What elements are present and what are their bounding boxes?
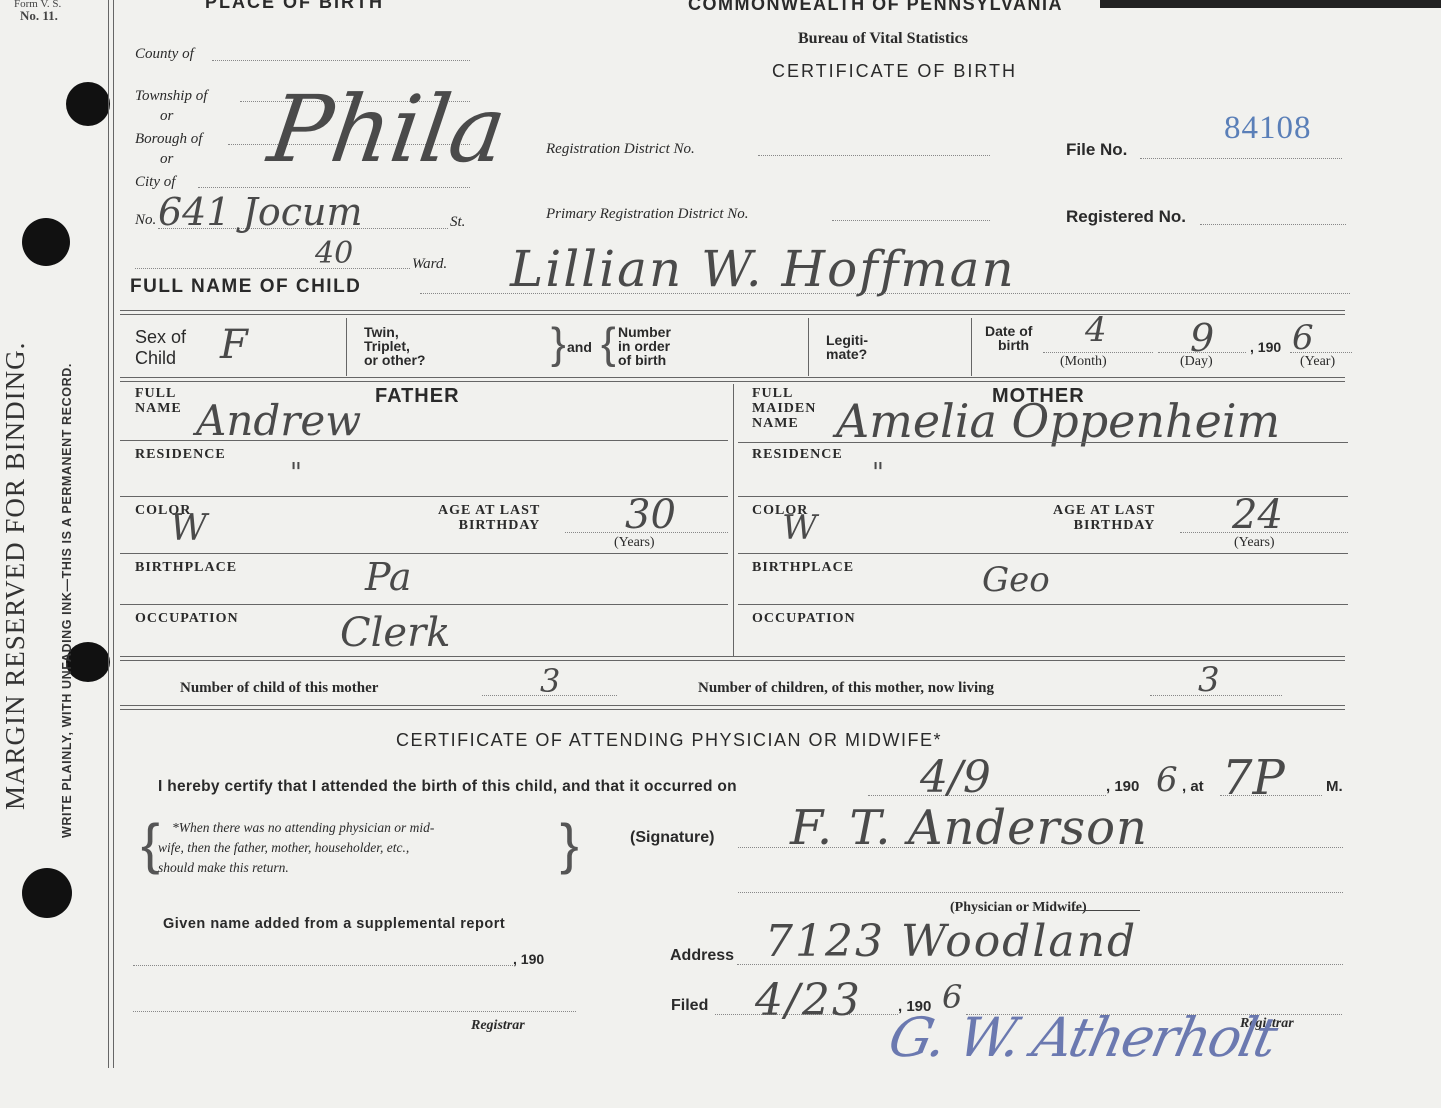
mother-occupation-label: OCCUPATION <box>752 611 856 627</box>
binding-hole <box>66 82 110 126</box>
twin-label: Twin, Triplet, or other? <box>364 325 425 367</box>
father-age-value: 30 <box>625 492 676 538</box>
child-number-label: Number of child of this mother <box>180 680 378 697</box>
mother-name-label: FULL MAIDEN NAME <box>752 386 816 431</box>
ward-field[interactable] <box>135 268 410 269</box>
legitimate-label-line: Legiti- <box>826 333 868 347</box>
signature-value: F. T. Anderson <box>790 800 1148 856</box>
supplemental-registrar-caption: Registrar <box>471 1018 525 1034</box>
mother-birthplace-label: BIRTHPLACE <box>752 560 854 576</box>
address-value: 7123 Woodland <box>765 916 1137 967</box>
cell-divider <box>808 318 809 376</box>
father-age-label-line: AGE AT LAST <box>438 503 540 518</box>
row-rule <box>120 553 728 554</box>
full-name-value: Lillian W. Hoffman <box>510 240 1016 298</box>
file-no-field[interactable] <box>1140 158 1342 159</box>
registration-district-field[interactable] <box>758 155 990 156</box>
role-caption-text: (Physician or Midwife) <box>950 900 1087 915</box>
birth-date-value: 4/9 <box>920 752 991 803</box>
twin-label-line: Triplet, <box>364 339 425 353</box>
birth-order-label: Number in order of birth <box>618 325 671 367</box>
dob-month-value: 4 <box>1085 310 1107 350</box>
father-years-caption: (Years) <box>614 535 655 551</box>
full-name-label: FULL NAME OF CHILD <box>130 276 361 298</box>
dob-label-line: Date of <box>985 324 1032 338</box>
father-heading: FATHER <box>375 385 460 408</box>
legitimate-label: Legiti- mate? <box>826 333 868 361</box>
borough-label: Borough of <box>135 131 202 148</box>
brace-left-icon: { <box>141 814 160 874</box>
form-number: No. 11. <box>20 8 58 24</box>
dob-year-prefix: , 190 <box>1250 340 1281 354</box>
supplemental-year-prefix: , 190 <box>513 951 544 967</box>
registration-district-label: Registration District No. <box>546 141 695 158</box>
parents-divider <box>733 384 734 656</box>
role-caption: (Physician or Midwife) <box>950 900 1087 916</box>
footnote-line: *When there was no attending physician o… <box>158 818 434 838</box>
brace-left-icon: { <box>601 322 616 366</box>
brace-right-icon: } <box>551 322 566 366</box>
cell-divider <box>346 318 347 376</box>
birth-order-line: Number <box>618 325 671 339</box>
mother-name-label-line: FULL <box>752 386 816 401</box>
file-no-value: 84108 <box>1224 110 1312 147</box>
birth-order-line: in order <box>618 339 671 353</box>
signature-label: (Signature) <box>630 829 714 847</box>
or-label: or <box>160 151 173 168</box>
margin-rule <box>113 0 114 1068</box>
mother-name-value: Amelia Oppenheim <box>836 394 1280 448</box>
file-no-label: File No. <box>1066 140 1127 160</box>
father-name-label-line: NAME <box>135 401 182 416</box>
twin-label-line: or other? <box>364 353 425 367</box>
row-rule <box>738 553 1348 554</box>
mother-name-label-line: NAME <box>752 416 816 431</box>
footnote-line: wife, then the father, mother, household… <box>158 838 434 858</box>
cert-year-value: 6 <box>1156 760 1178 800</box>
physician-footnote: *When there was no attending physician o… <box>158 818 434 878</box>
year-caption: (Year) <box>1300 354 1335 370</box>
mother-years-caption: (Years) <box>1234 535 1275 551</box>
midwife-strikethrough <box>1074 910 1140 911</box>
children-living-value: 3 <box>1198 660 1220 700</box>
mother-color-value: W <box>782 508 817 548</box>
mother-residence-label: RESIDENCE <box>752 447 843 463</box>
binding-hole <box>22 868 72 918</box>
meridiem-label: M. <box>1326 778 1343 795</box>
father-name-label: FULL NAME <box>135 386 182 416</box>
legitimate-label-line: mate? <box>826 347 868 361</box>
dob-year-prefix-text: 190 <box>1258 339 1281 355</box>
county-field[interactable] <box>212 60 470 61</box>
supplemental-registrar-field[interactable] <box>133 1011 576 1012</box>
ward-value: 40 <box>315 236 353 271</box>
dob-month-field[interactable] <box>1043 352 1153 353</box>
father-residence-value: " <box>290 458 302 488</box>
section-rule <box>120 310 1345 315</box>
row-rule <box>120 440 728 441</box>
father-residence-label: RESIDENCE <box>135 447 226 463</box>
father-name-label-line: FULL <box>135 386 182 401</box>
section-rule <box>120 377 1345 382</box>
footnote-line: should make this return. <box>158 858 434 878</box>
margin-rule <box>108 0 109 1068</box>
section-rule <box>120 656 1345 661</box>
children-living-label: Number of children, of this mother, now … <box>698 680 994 697</box>
scan-top-edge <box>1100 0 1441 8</box>
mother-age-label-line: BIRTHDAY <box>1053 518 1155 533</box>
bureau-heading: Bureau of Vital Statistics <box>798 30 968 48</box>
registered-no-label: Registered No. <box>1066 207 1186 227</box>
city-label: City of <box>135 174 175 191</box>
physician-heading: CERTIFICATE OF ATTENDING PHYSICIAN OR MI… <box>396 730 942 751</box>
mother-residence-value: " <box>872 458 884 488</box>
sex-label: Sex of Child <box>135 327 186 369</box>
primary-district-label: Primary Registration District No. <box>546 206 749 223</box>
margin-binding-text: MARGIN RESERVED FOR BINDING. <box>0 250 31 810</box>
father-color-value: W <box>170 508 207 549</box>
row-rule <box>120 604 728 605</box>
birth-order-line: of birth <box>618 353 671 367</box>
mother-name-label-line: MAIDEN <box>752 401 816 416</box>
and-label: and <box>567 340 592 354</box>
address-label: Address <box>670 947 734 965</box>
filed-label: Filed <box>671 997 708 1015</box>
mother-birthplace-value: Geo <box>982 560 1050 600</box>
st-label: St. <box>450 214 465 231</box>
certificate-title: CERTIFICATE OF BIRTH <box>772 61 1017 82</box>
street-value: 641 Jocum <box>158 190 363 234</box>
father-age-label-line: BIRTHDAY <box>438 518 540 533</box>
filed-date-value: 4/23 <box>755 975 862 1026</box>
sex-value: F <box>220 322 248 368</box>
city-value: Phila <box>263 80 512 180</box>
day-caption: (Day) <box>1180 354 1213 370</box>
father-occupation-label: OCCUPATION <box>135 611 239 627</box>
mother-age-label-line: AGE AT LAST <box>1053 503 1155 518</box>
supplemental-label: Given name added from a supplemental rep… <box>163 916 505 932</box>
signature-field-line-2[interactable] <box>738 892 1343 893</box>
father-birthplace-label: BIRTHPLACE <box>135 560 237 576</box>
township-label: Township of <box>135 88 207 105</box>
dob-year-field[interactable] <box>1290 352 1352 353</box>
dob-label-line: birth <box>985 338 1032 352</box>
certify-text: I hereby certify that I attended the bir… <box>158 778 737 796</box>
twin-label-line: Twin, <box>364 325 425 339</box>
sex-label-line: Sex of <box>135 327 186 348</box>
cell-divider <box>971 318 972 376</box>
registrar-signature-value: G. W. Atherholt <box>883 1006 1281 1069</box>
father-name-value: Andrew <box>196 396 361 445</box>
section-rule <box>120 705 1345 710</box>
mother-age-label: AGE AT LAST BIRTHDAY <box>1053 503 1155 533</box>
commonwealth-heading: COMMONWEALTH OF PENNSYLVANIA <box>688 0 1063 15</box>
sex-label-line: Child <box>135 348 186 369</box>
city-field[interactable] <box>198 187 470 188</box>
at-label: , at <box>1182 778 1204 795</box>
registered-no-field[interactable] <box>1200 224 1346 225</box>
ward-label: Ward. <box>412 256 447 273</box>
primary-district-field[interactable] <box>832 220 990 221</box>
brace-right-icon: } <box>560 814 579 874</box>
father-age-label: AGE AT LAST BIRTHDAY <box>438 503 540 533</box>
place-of-birth-heading: PLACE OF BIRTH <box>205 0 384 13</box>
father-birthplace-value: Pa <box>365 555 412 599</box>
child-number-value: 3 <box>540 662 560 700</box>
county-label: County of <box>135 46 194 63</box>
mother-age-value: 24 <box>1232 492 1283 538</box>
street-no-label: No. <box>135 212 156 229</box>
row-rule <box>738 442 1348 443</box>
supplemental-name-field[interactable] <box>133 965 513 966</box>
dob-label: Date of birth <box>985 324 1032 352</box>
birth-time-value: 7P <box>1222 750 1285 806</box>
cert-year-prefix: , 190 <box>1106 778 1139 795</box>
row-rule <box>738 604 1348 605</box>
or-label: or <box>160 108 173 125</box>
father-occupation-value: Clerk <box>340 610 450 656</box>
month-caption: (Month) <box>1060 354 1107 370</box>
margin-ink-text: WRITE PLAINLY, WITH UNFADING INK—THIS IS… <box>60 228 74 838</box>
